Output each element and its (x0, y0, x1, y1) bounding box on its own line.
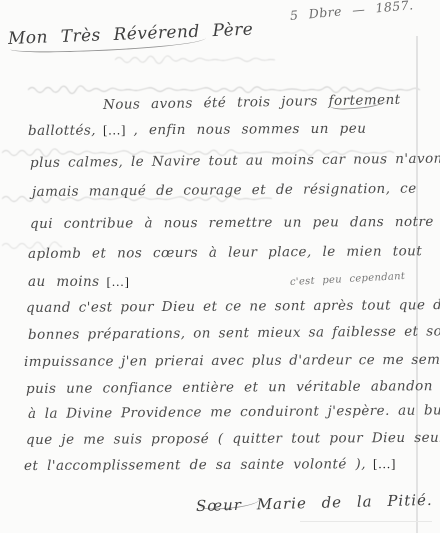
letter-line: jamais manqué de courage et de résignati… (32, 181, 417, 200)
letter-line-text: que je me suis proposé ( quitter tout po… (26, 430, 440, 448)
letter-line: qui contribue à nous remettre un peu dan… (30, 214, 434, 232)
letter-line-text: aplomb et nos cœurs à leur place, le mie… (28, 243, 422, 262)
letter-line: que je me suis proposé ( quitter tout po… (26, 430, 440, 448)
letter-line-text: au moins (28, 274, 100, 290)
letter-line-text: ballottés, (28, 123, 96, 139)
letter-line-text: bonnes préparations, on sent mieux sa fa… (28, 323, 440, 343)
letter-line-text: à la Divine Providence me conduiront j'e… (28, 402, 440, 422)
letter-line: au moins[...] (28, 274, 137, 290)
letter-scan-page: 5 Dbre — 1857. Mon Très Révérend Père No… (0, 0, 440, 533)
letter-line-text: jamais manqué de courage et de résignati… (32, 181, 417, 200)
letter-line-text: , enfin nous sommes un peu (133, 121, 366, 139)
marginal-note: c'est peu cependant (290, 271, 406, 288)
letter-line: plus calmes, le Navire tout au moins car… (30, 151, 440, 171)
letter-line: puis une confiance entière et un véritab… (26, 378, 433, 397)
letter-line: bonnes préparations, on sent mieux sa fa… (28, 323, 440, 343)
letter-line: quand c'est pour Dieu et ce ne sont aprè… (26, 297, 440, 316)
letter-line: et l'accomplissement de sa sainte volont… (24, 456, 404, 474)
letter-date: 5 Dbre — 1857. (289, 0, 414, 23)
letter-signature: Sœur Marie de la Pitié. (196, 491, 433, 515)
letter-line-text: impuissance j'en prierai avec plus d'ard… (24, 352, 440, 370)
page-edge-line (416, 36, 418, 533)
editorial-ellipsis: [...] (366, 456, 403, 471)
bleedthrough-line (115, 54, 275, 66)
editorial-ellipsis: [...] (96, 122, 134, 137)
page-edge-line (300, 521, 432, 522)
editorial-ellipsis: [...] (100, 274, 137, 289)
letter-line-text: puis une confiance entière et un véritab… (26, 378, 433, 397)
letter-line-text: et l'accomplissement de sa sainte volont… (24, 456, 366, 474)
letter-line: aplomb et nos cœurs à leur place, le mie… (28, 243, 422, 262)
letter-line: impuissance j'en prierai avec plus d'ard… (24, 352, 440, 370)
letter-line: ballottés,[...], enfin nous sommes un pe… (28, 121, 366, 139)
letter-line-text: plus calmes, le Navire tout au moins car… (30, 151, 440, 171)
letter-line-text: quand c'est pour Dieu et ce ne sont aprè… (26, 297, 440, 316)
letter-line-text: qui contribue à nous remettre un peu dan… (30, 214, 434, 232)
letter-line: à la Divine Providence me conduiront j'e… (28, 402, 440, 422)
